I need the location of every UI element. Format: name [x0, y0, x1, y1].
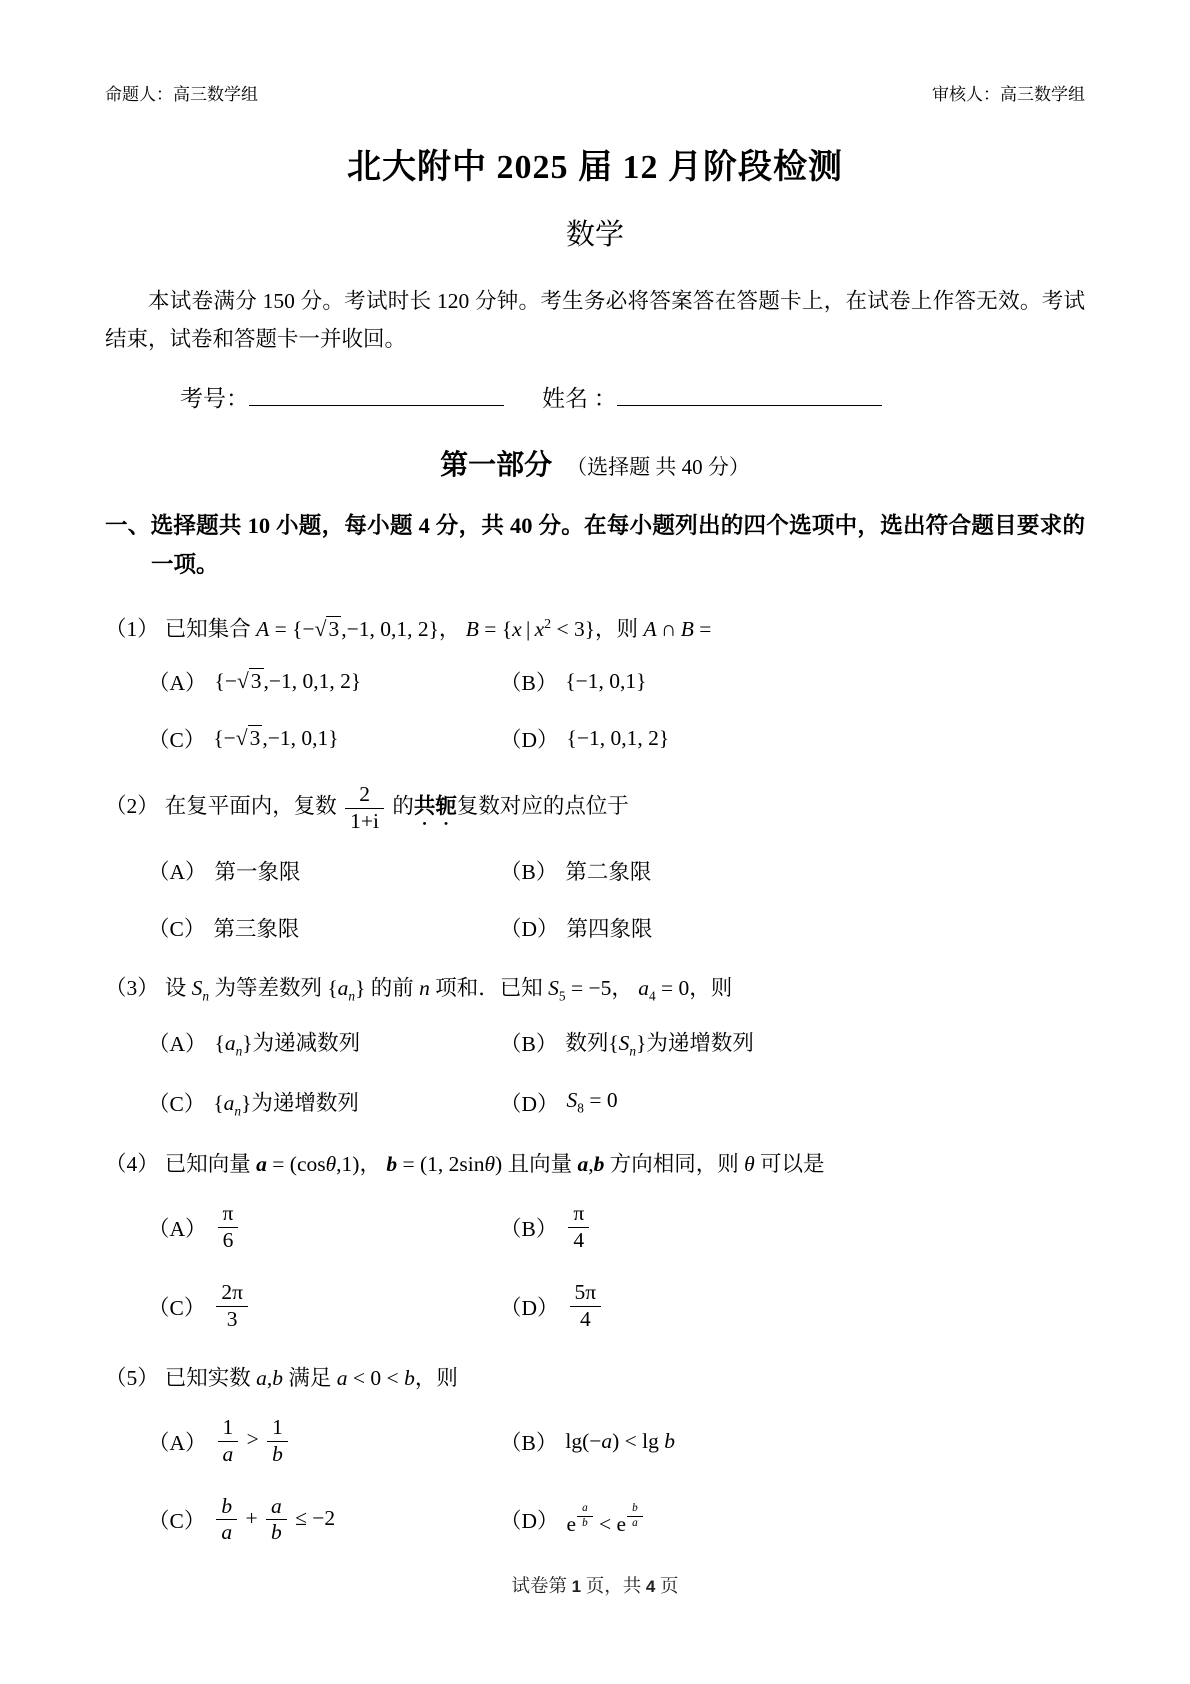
question-4-option-d: （D）5π4	[500, 1280, 604, 1333]
question-1-option-d: （D）{−1, 0,1, 2}	[500, 723, 669, 754]
question-2-option-a: （A）第一象限	[148, 855, 301, 886]
part-one-heading: 第一部分（选择题 共 40 分）	[105, 443, 1085, 483]
question-1-number: （1）	[105, 617, 159, 641]
question-4-option-a: （A）π6	[148, 1201, 241, 1254]
question-1-options: （A）{−√3,−1, 0,1, 2} （B）{−1, 0,1} （C）{−√3…	[148, 666, 1085, 754]
question-2-option-b: （B）第二象限	[500, 855, 651, 886]
question-3-text: 设 Sn 为等差数列 {an} 的前 n 项和．已知 S5 = −5， a4 =…	[165, 976, 733, 1000]
question-2-number: （2）	[105, 794, 159, 818]
question-3-option-d: （D）S8 = 0	[500, 1087, 618, 1118]
question-5-option-d: （D）eab < eba	[500, 1502, 644, 1537]
question-2: （2）在复平面内，复数 21+i 的共轭复数对应的点位于 （A）第一象限 （B）…	[105, 782, 1085, 943]
question-4-option-b: （B）π4	[500, 1201, 592, 1254]
question-4-stem: （4）已知向量 a = (cosθ,1)， b = (1, 2sinθ) 且向量…	[105, 1147, 1085, 1181]
name-label: 姓名 ：	[542, 386, 617, 411]
question-3: （3）设 Sn 为等差数列 {an} 的前 n 项和．已知 S5 = −5， a…	[105, 971, 1085, 1119]
exam-number-blank	[249, 382, 504, 406]
question-5-options: （A）1a > 1b （B）lg(−a) < lg b （C）ba + ab ≤…	[148, 1415, 1085, 1546]
question-5-stem: （5）已知实数 a,b 满足 a < 0 < b，则	[105, 1361, 1085, 1395]
question-3-option-c: （C）{an}为递增数列	[148, 1086, 359, 1119]
question-5-number: （5）	[105, 1366, 159, 1390]
question-5-option-a: （A）1a > 1b	[148, 1415, 291, 1468]
question-1-text: 已知集合 A = {−√3,−1, 0,1, 2}， B = {x | x2 <…	[165, 617, 712, 641]
question-5-option-c: （C）ba + ab ≤ −2	[148, 1494, 335, 1547]
section-one-instruction: 一、选择题共 10 小题，每小题 4 分，共 40 分。在每小题列出的四个选项中…	[105, 507, 1085, 584]
question-5-text: 已知实数 a,b 满足 a < 0 < b，则	[165, 1366, 458, 1390]
exam-title: 北大附中 2025 届 12 月阶段检测	[105, 139, 1085, 188]
setter-label: 命题人：高三数学组	[105, 80, 258, 105]
exam-page: 命题人：高三数学组 审核人：高三数学组 北大附中 2025 届 12 月阶段检测…	[0, 0, 1190, 1684]
question-2-text: 在复平面内，复数 21+i 的共轭复数对应的点位于	[165, 794, 629, 818]
question-5: （5）已知实数 a,b 满足 a < 0 < b，则 （A）1a > 1b （B…	[105, 1361, 1085, 1547]
question-3-options: （A）{an}为递减数列 （B）数列{Sn}为递增数列 （C）{an}为递增数列…	[148, 1026, 1085, 1119]
question-4-number: （4）	[105, 1152, 159, 1176]
page-header: 命题人：高三数学组 审核人：高三数学组	[105, 80, 1085, 105]
question-3-stem: （3）设 Sn 为等差数列 {an} 的前 n 项和．已知 S5 = −5， a…	[105, 971, 1085, 1007]
exam-number-label: 考号：	[180, 386, 249, 411]
question-4-options: （A）π6 （B）π4 （C）2π3 （D）5π4	[148, 1201, 1085, 1332]
question-3-option-a: （A）{an}为递减数列	[148, 1026, 360, 1059]
question-3-number: （3）	[105, 976, 159, 1000]
reviewer-label: 审核人：高三数学组	[932, 80, 1085, 105]
candidate-info-row: 考号：姓名 ：	[180, 380, 1085, 413]
name-blank	[617, 382, 882, 406]
question-5-option-b: （B）lg(−a) < lg b	[500, 1426, 675, 1457]
exam-subject: 数学	[105, 212, 1085, 253]
exam-instructions: 本试卷满分 150 分。考试时长 120 分钟。考生务必将答案答在答题卡上，在试…	[105, 283, 1085, 358]
page-footer: 试卷第 1 页，共 4 页	[0, 1572, 1190, 1598]
question-4: （4）已知向量 a = (cosθ,1)， b = (1, 2sinθ) 且向量…	[105, 1147, 1085, 1333]
part-one-title: 第一部分	[440, 450, 552, 481]
question-2-stem: （2）在复平面内，复数 21+i 的共轭复数对应的点位于	[105, 782, 1085, 835]
part-one-subtitle: （选择题 共 40 分）	[566, 455, 750, 479]
question-2-options: （A）第一象限 （B）第二象限 （C）第三象限 （D）第四象限	[148, 855, 1085, 943]
question-1-option-b: （B）{−1, 0,1}	[500, 666, 646, 697]
question-1-option-c: （C）{−√3,−1, 0,1}	[148, 723, 339, 754]
question-4-option-c: （C）2π3	[148, 1280, 251, 1333]
question-2-option-d: （D）第四象限	[500, 912, 653, 943]
question-4-text: 已知向量 a = (cosθ,1)， b = (1, 2sinθ) 且向量 a,…	[165, 1152, 825, 1176]
question-3-option-b: （B）数列{Sn}为递增数列	[500, 1026, 754, 1059]
question-1-option-a: （A）{−√3,−1, 0,1, 2}	[148, 666, 361, 697]
question-2-option-c: （C）第三象限	[148, 912, 299, 943]
question-1: （1）已知集合 A = {−√3,−1, 0,1, 2}， B = {x | x…	[105, 612, 1085, 754]
question-1-stem: （1）已知集合 A = {−√3,−1, 0,1, 2}， B = {x | x…	[105, 612, 1085, 646]
